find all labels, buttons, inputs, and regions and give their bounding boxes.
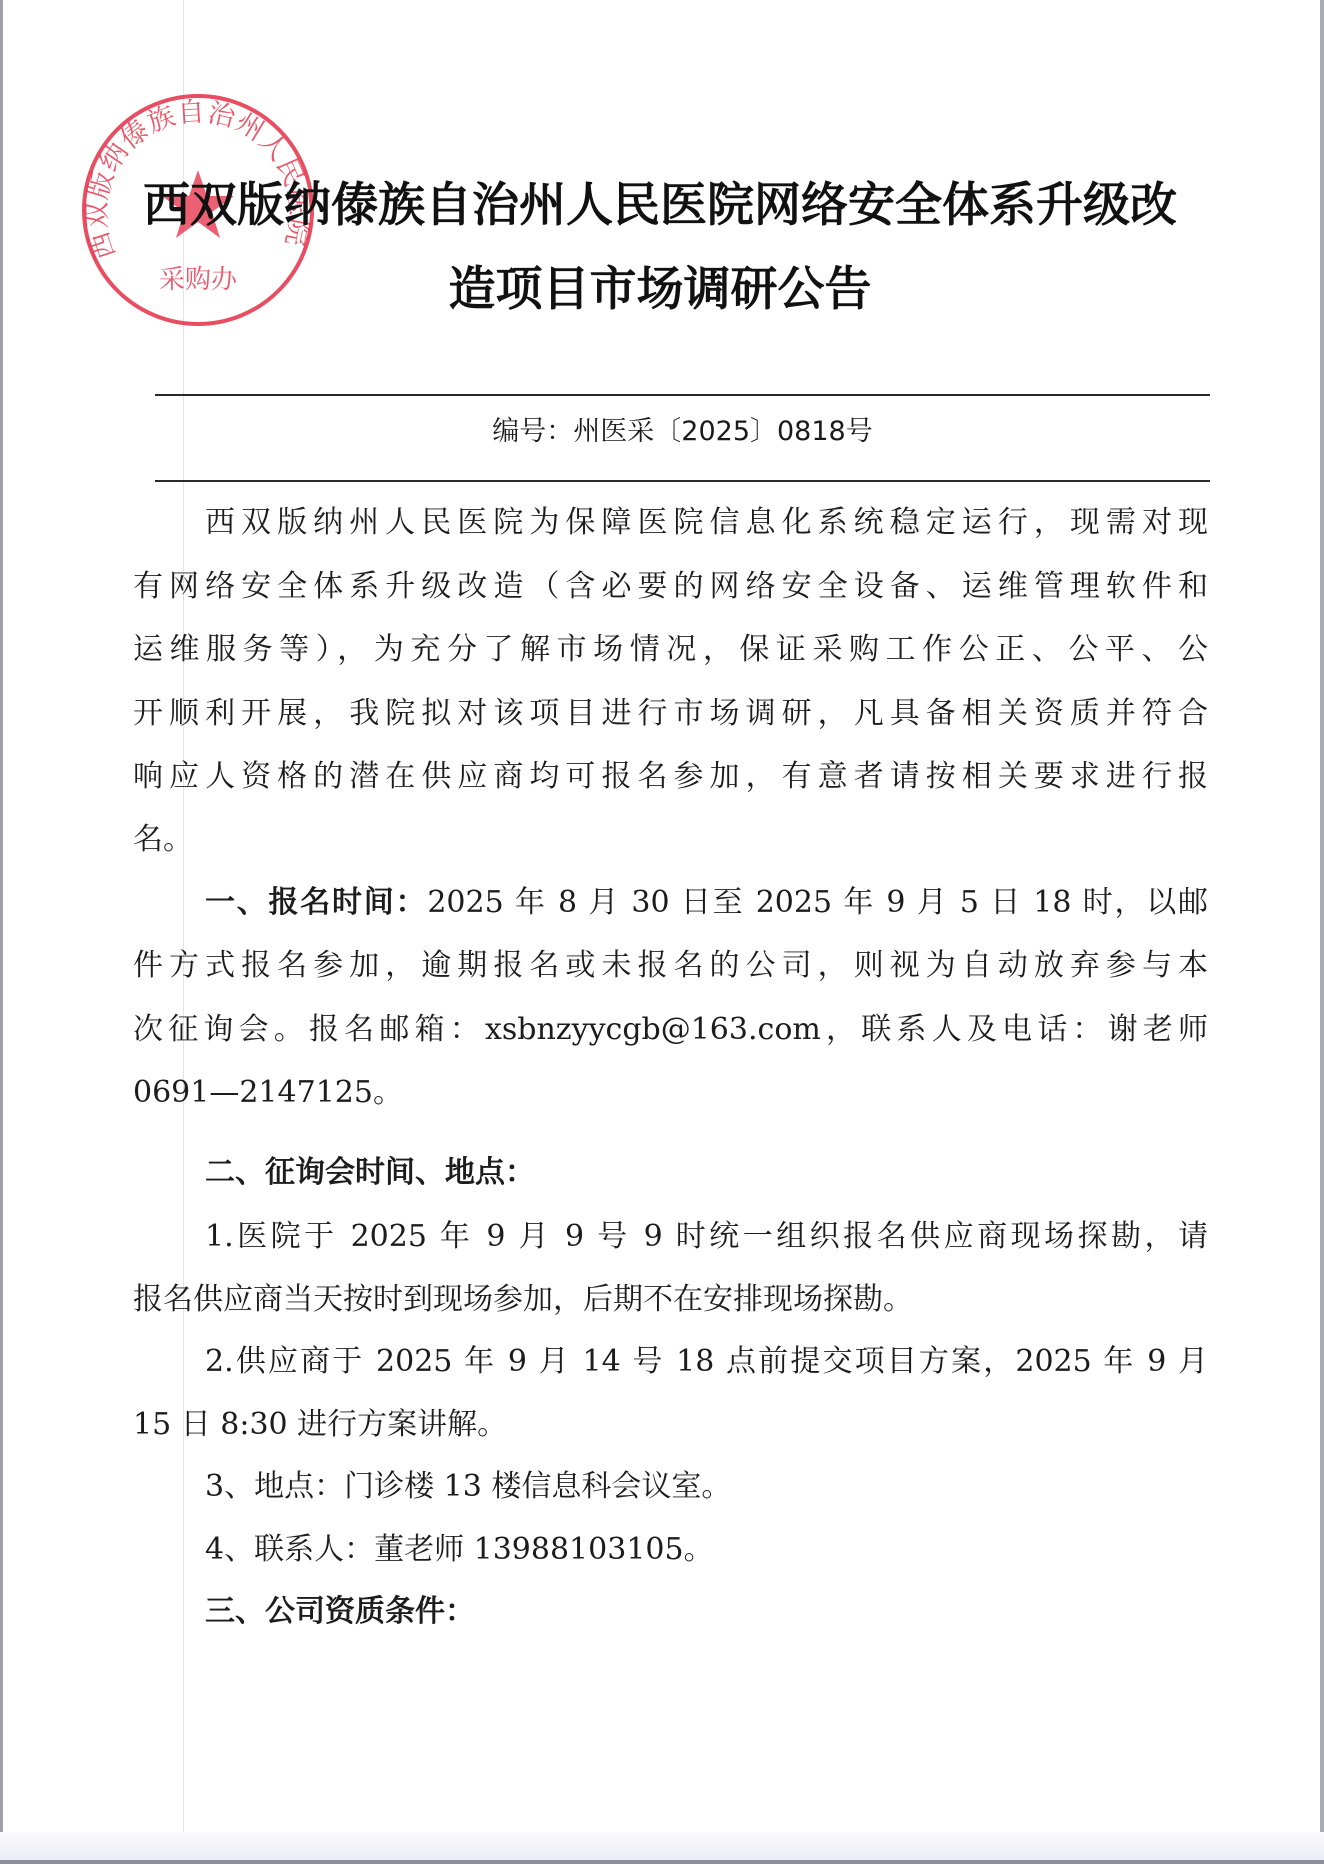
document-title-line2: 造项目市场调研公告 (100, 260, 1220, 320)
section1-line: 件方式报名参加，逾期报名或未报名的公司，则视为自动放弃参与本 (133, 944, 1208, 988)
section1-line: 2025 年 8 月 30 日至 2025 年 9 月 5 日 18 时，以邮 (427, 885, 1208, 920)
intro-line: 西双版纳州人民医院为保障医院信息化系统稳定运行，现需对现 (205, 501, 1208, 545)
intro-line: 有网络安全体系升级改造（含必要的网络安全设备、运维管理软件和 (133, 565, 1208, 609)
intro-line: 运维服务等），为充分了解市场情况，保证采购工作公正、公平、公 (133, 628, 1208, 672)
section1-heading: 一、报名时间： (205, 885, 427, 920)
section2-item-1-line: 1.医院于 2025 年 9 月 9 号 9 时统一组织报名供应商现场探勘，请 (205, 1215, 1208, 1259)
scan-edge-left (0, 0, 3, 1864)
section1-line: 0691—2147125。 (133, 1071, 1208, 1115)
section2-heading: 二、征询会时间、地点： (205, 1151, 1208, 1195)
intro-line: 响应人资格的潜在供应商均可报名参加，有意者请按相关要求进行报 (133, 755, 1208, 799)
intro-line: 开顺利开展，我院拟对该项目进行市场调研，凡具备相关资质并符合 (133, 692, 1208, 736)
intro-line: 名。 (133, 818, 1208, 862)
scan-edge-bottom (0, 1860, 1324, 1864)
document-title-line1: 西双版纳傣族自治州人民医院网络安全体系升级改 (100, 176, 1220, 236)
section2-item-1-line: 报名供应商当天按时到现场参加，后期不在安排现场探勘。 (133, 1278, 1208, 1322)
section3-heading: 三、公司资质条件： (205, 1590, 1208, 1634)
section2-item-4-contact: 4、联系人：董老师 13988103105。 (205, 1528, 1208, 1572)
header-divider-top (155, 394, 1210, 396)
section1-first-line: 一、报名时间：2025 年 8 月 30 日至 2025 年 9 月 5 日 1… (205, 881, 1208, 925)
section1-line: 次征询会。报名邮箱：xsbnzyycgb@163.com，联系人及电话：谢老师 (133, 1008, 1208, 1052)
scan-edge-right (1320, 0, 1324, 1864)
section2-item-2-line: 2.供应商于 2025 年 9 月 14 号 18 点前提交项目方案，2025 … (205, 1340, 1208, 1384)
scan-bottom-tint (0, 1832, 1324, 1860)
header-divider-bottom (155, 480, 1210, 482)
section2-item-3-location: 3、地点：门诊楼 13 楼信息科会议室。 (205, 1465, 1208, 1509)
document-number: 编号：州医采〔2025〕0818号 (155, 414, 1210, 450)
section2-item-2-line: 15 日 8:30 进行方案讲解。 (133, 1403, 1208, 1447)
